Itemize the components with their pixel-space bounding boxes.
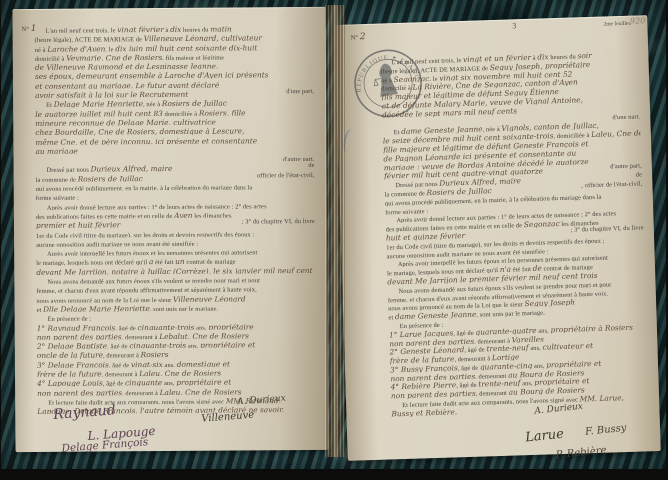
pencil-annotation: 920 xyxy=(630,16,646,25)
binding-gutter xyxy=(325,5,345,457)
right-page: N° 2 3 2me feuillet. 920 RÉPUBLIQUE ✦ FR… xyxy=(334,15,661,461)
handwritten-text: 4° Lapouge Louis xyxy=(37,379,103,387)
act-number-label: N° xyxy=(351,34,359,41)
line-left-part: Dressé par nous Durieux Alfred, maire xyxy=(47,162,173,172)
page-number: 3 xyxy=(512,21,516,30)
act-number-label: N° xyxy=(22,26,29,33)
handwritten-text: oncle de la future xyxy=(37,351,103,359)
handwritten-text: même Cne, et de père inconnu, ici présen… xyxy=(35,136,257,145)
printed-text: officier de l'état-civil, xyxy=(257,171,315,181)
left-page: N° 1 L'an mil neuf cent trois, le vingt … xyxy=(12,7,328,452)
printed-text: et xyxy=(37,307,44,312)
handwritten-text: Bussy et Rebière. xyxy=(391,407,457,417)
act-text-left: L'an mil neuf cent trois, le vingt févri… xyxy=(35,22,317,414)
printed-text: et xyxy=(388,314,395,320)
signature-bussy: F. Bussy xyxy=(585,423,627,438)
register-scan: N° 1 L'an mil neuf cent trois, le vingt … xyxy=(0,0,668,480)
printed-text: de xyxy=(636,172,643,181)
feuillet-label: 2me feuillet. xyxy=(603,21,631,28)
act-text-right: L'an mil neuf cent trois, le vingt et un… xyxy=(380,48,649,417)
handwritten-text: Ayen xyxy=(174,211,192,219)
handwritten-text: au mariage xyxy=(35,147,77,155)
printed-text: ; 3° du chapitre VI, du livre xyxy=(242,217,315,227)
act-number-value: 2 xyxy=(360,32,366,42)
signature-raynaud: Raynaud xyxy=(53,402,117,423)
printed-text: En présence de : xyxy=(48,316,92,322)
handwritten-text: premier et huit février xyxy=(36,221,120,229)
printed-text: d'une part, xyxy=(286,87,314,96)
printed-text: Et xyxy=(46,102,54,107)
signature-larue: Larue xyxy=(525,427,565,446)
act-number-right: N° 2 xyxy=(350,32,365,42)
printed-text: de xyxy=(308,161,314,170)
handwritten-text: Dlle Delage Marie Henriette xyxy=(43,304,150,312)
line-left-part: premier et huit février xyxy=(36,219,120,229)
